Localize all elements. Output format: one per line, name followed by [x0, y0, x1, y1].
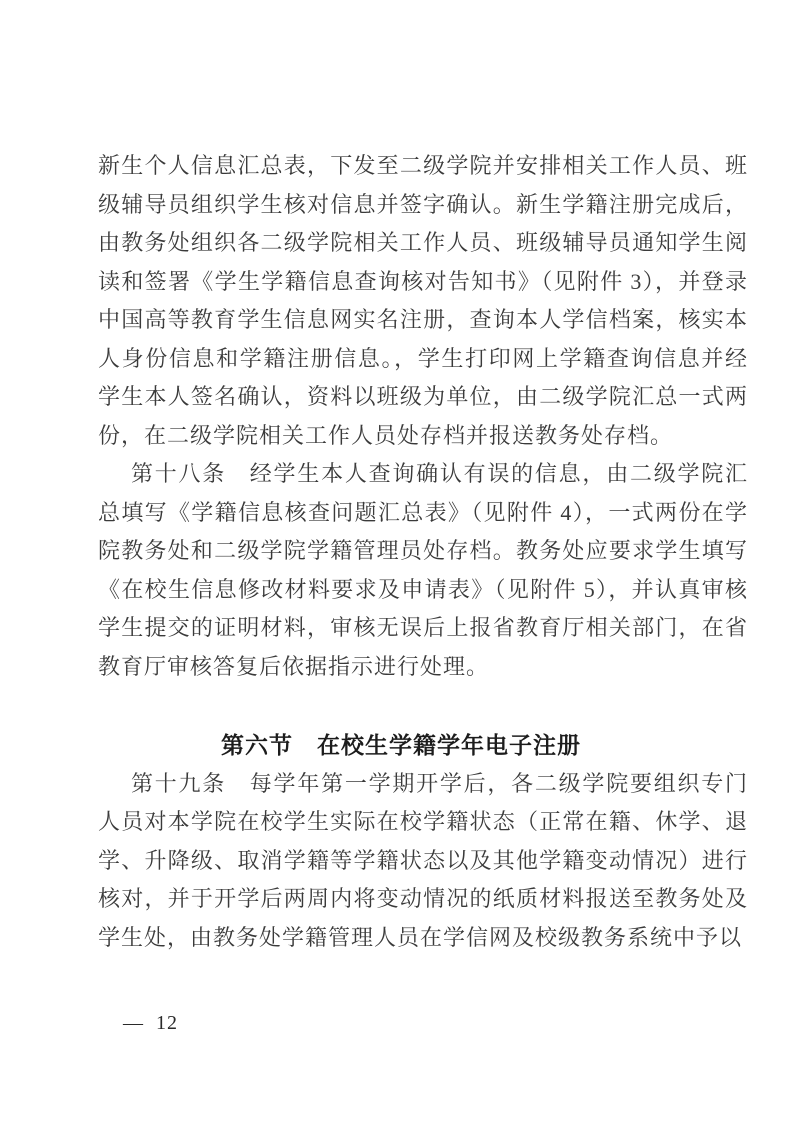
document-body: 新生个人信息汇总表，下发至二级学院并安排相关工作人员、班级辅导员组织学生核对信息… — [98, 147, 748, 957]
document-page: 新生个人信息汇总表，下发至二级学院并安排相关工作人员、班级辅导员组织学生核对信息… — [0, 0, 794, 1122]
body-paragraph-article-19: 第十九条 每学年第一学期开学后，各二级学院要组织专门人员对本学院在校学生实际在校… — [98, 765, 748, 958]
section-heading: 第六节 在校生学籍学年电子注册 — [54, 726, 748, 765]
body-paragraph-article-18: 第十八条 经学生本人查询确认有误的信息，由二级学院汇总填写《学籍信息核查问题汇总… — [98, 455, 748, 686]
page-number: — 12 — [123, 1012, 178, 1035]
body-paragraph: 新生个人信息汇总表，下发至二级学院并安排相关工作人员、班级辅导员组织学生核对信息… — [98, 147, 748, 455]
